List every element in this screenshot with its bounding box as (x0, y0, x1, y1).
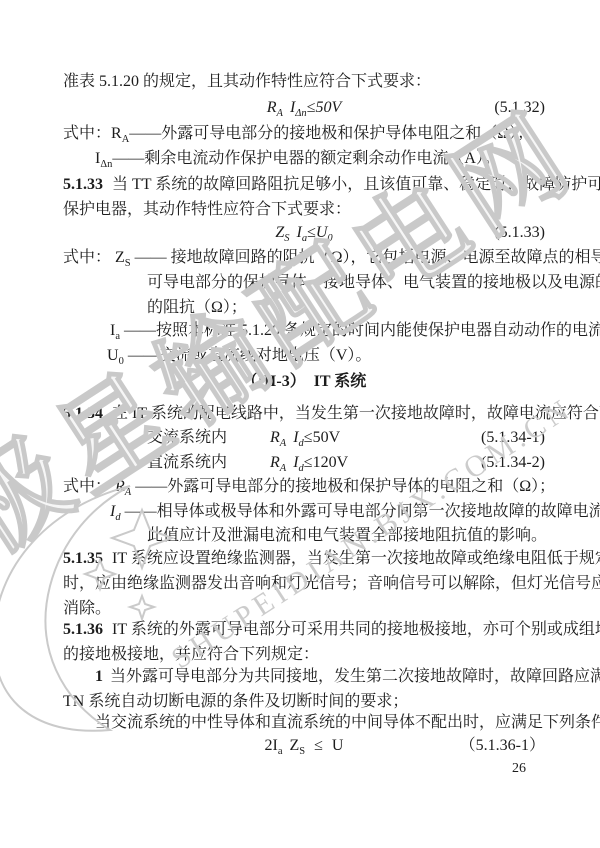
body-text: ——剩余电流动作保护电器的额定剩余动作电流（A）。 (112, 150, 500, 167)
var: Z (290, 737, 300, 754)
sub: S (299, 746, 305, 757)
body-text: 此值应计及泄漏电流和电气装置全部接地阻抗值的影响。 (147, 527, 547, 544)
definition-line: U0 ——交流或直流线对地电压（V）。 (63, 346, 589, 367)
definition-line: Id ——相导体或极导体和外露可导电部分间第一次接地故障的故障电流（A）， (63, 502, 592, 523)
clause-5-1-33: 5.1.33当 TT 系统的故障回路阻抗足够小，且该值可靠、稳定时，故障防护可采… (63, 175, 545, 196)
sub: Δn (100, 159, 112, 170)
var: R (270, 429, 280, 446)
body-text: ——相导体或极导体和外露可导电部分间第一次接地故障的故障电流（A）， (121, 503, 600, 520)
body-text: 的接地极接地，并应符合下列规定： (63, 646, 319, 663)
var: R (270, 454, 280, 471)
paragraph-line: 当交流系统的中性导体和直流系统的中间导体不配出时，应满足下列条件： (63, 713, 577, 734)
list-item-1: 1当外露可导电部分为共同接地，发生第二次接地故障时，故障回路应满足本标准 (63, 667, 577, 688)
heading-text: （III-3） IT 系统 (242, 373, 367, 390)
clause-number: 5.1.35 (63, 550, 103, 567)
sub: S (284, 233, 289, 244)
sub: a (278, 746, 283, 757)
value: 120V (313, 454, 349, 471)
relation: ≤ (307, 224, 316, 241)
value: 50V (313, 429, 341, 446)
definition-line: 式中： ZS —— 接地故障回路的阻抗（Ω），它包括电源、电源至故障点的相导体、… (63, 248, 545, 269)
body-text: 式中： Z (63, 249, 125, 266)
formula-body: ZSIa≤U0 (63, 223, 545, 244)
relation: ≤ (304, 429, 313, 446)
body-text: ——外露可导电部分的接地极和保护导体电阻之和（Ω）； (129, 125, 533, 142)
clause-number: 5.1.33 (63, 176, 103, 193)
body-text: ——外露可导电部分的接地极和保护导体的电阻之和（Ω）； (131, 478, 555, 495)
clause-5-1-36: 5.1.36IT 系统的外露可导电部分可采用共同的接地极接地，亦可个别或成组地采… (63, 620, 545, 641)
sub: A (280, 438, 286, 449)
body-text: 当 TT 系统的故障回路阻抗足够小，且该值可靠、稳定时，故障防护可采用过电流 (112, 176, 600, 193)
section-heading-it-system: （III-3） IT 系统 (63, 372, 545, 393)
item-number: 1 (95, 668, 103, 685)
body-text: 式中： (63, 478, 115, 495)
body-text: IT 系统的外露可导电部分可采用共同的接地极接地，亦可个别或成组地采用单独 (112, 621, 600, 638)
paragraph-line: 准表 5.1.20 的规定，且其动作特性应符合下式要求： (63, 72, 545, 93)
body-text: 准表 5.1.20 的规定，且其动作特性应符合下式要求： (63, 73, 431, 90)
body-text: 时，应由绝缘监测器发出音响和灯光信号；音响信号可以解除，但灯光信号应持续到故障 (63, 575, 600, 592)
clause-number: 5.1.34 (63, 405, 103, 422)
clause-5-1-34: 5.1.34在 IT 系统的配电线路中，当发生第一次接地故障时，故障电流应符合下… (63, 404, 545, 425)
body-text: ——交流或直流线对地电压（V）。 (124, 347, 372, 364)
paragraph-line: 可导电部分的保护导体、接地导体、电气装置的接地极以及电源的接地极 (63, 273, 600, 294)
paragraph-line: 此值应计及泄漏电流和电气装置全部接地阻抗值的影响。 (63, 526, 600, 547)
paragraph-line: 的阻抗（Ω）； (63, 298, 600, 319)
formula-label: 交流系统内 (147, 428, 227, 449)
var: R (115, 478, 125, 495)
body-text: 保护电器，其动作特性应符合下式要求： (63, 201, 351, 218)
sub: 0 (327, 233, 332, 244)
clause-number: 5.1.36 (63, 621, 103, 638)
paragraph-line: TN 系统自动切断电源的条件及切断时间的要求； (63, 692, 545, 713)
formula-label: 直流系统内 (147, 453, 227, 474)
var: R (267, 99, 277, 116)
body-text: 在 IT 系统的配电线路中，当发生第一次接地故障时，故障电流应符合下式的要求： (112, 405, 600, 422)
var: Z (275, 224, 284, 241)
document-page: 北极星输配电网 SHUPEIDIAN.BJX.COM.CN 准表 5.1.20 … (0, 0, 600, 848)
sub: A (280, 463, 286, 474)
body-text: —— 接地故障回路的阻抗（Ω），它包括电源、电源至故障点的相导体、外露 (131, 249, 600, 266)
definition-line: Ia ——按照本标准 5.1.20 条规定的时间内能使保护电器自动动作的电流（A… (63, 321, 592, 342)
paragraph-line: 时，应由绝缘监测器发出音响和灯光信号；音响信号可以解除，但灯光信号应持续到故障 (63, 574, 545, 595)
equation-number: (5.1.33) (494, 223, 545, 244)
relation: ≤ (304, 454, 313, 471)
equation-number: (5.1.34-2) (481, 453, 545, 474)
paragraph-line: 的接地极接地，并应符合下列规定： (63, 645, 545, 666)
body-text: 式中：R (63, 125, 122, 142)
body-text: 消除。 (63, 600, 111, 617)
equation-number: (5.1.34-1) (481, 428, 545, 449)
body-text: 的阻抗（Ω）； (147, 299, 247, 316)
body-text: ——按照本标准 5.1.20 条规定的时间内能使保护电器自动动作的电流（A）； (120, 322, 600, 339)
body-text: 当外露可导电部分为共同接地，发生第二次接地故障时，故障回路应满足本标准 (110, 668, 600, 685)
var: 2I (265, 737, 278, 754)
equation-number: （5.1.36-1） (460, 736, 545, 757)
sub: A (277, 108, 283, 119)
clause-5-1-35: 5.1.35IT 系统应设置绝缘监测器，当发生第一次接地故障或绝缘电阻低于规定的… (63, 549, 545, 570)
definition-line: IΔn——剩余电流动作保护电器的额定剩余动作电流（A）。 (63, 149, 577, 170)
sub: Δn (295, 108, 306, 119)
body-text: U (107, 347, 119, 364)
page-number: 26 (512, 761, 526, 777)
body-text: 当交流系统的中性导体和直流系统的中间导体不配出时，应满足下列条件： (95, 714, 600, 731)
var: U (316, 224, 328, 241)
paragraph-line: 保护电器，其动作特性应符合下式要求： (63, 200, 545, 221)
body-text: 可导电部分的保护导体、接地导体、电气装置的接地极以及电源的接地极 (147, 274, 600, 291)
relation: ≤ (314, 737, 323, 754)
formula-body: RAId≤120V (270, 453, 348, 474)
value: U (332, 737, 344, 754)
body-text: IT 系统应设置绝缘监测器，当发生第一次接地故障或绝缘电阻低于规定的整定值 (112, 550, 600, 567)
formula-body: RAIΔn≤50V (63, 98, 545, 119)
equation-number: (5.1.32) (494, 98, 545, 119)
body-text: TN 系统自动切断电源的条件及切断时间的要求； (63, 693, 408, 710)
definition-line: 式中：RA——外露可导电部分的接地极和保护导体电阻之和（Ω）； (63, 124, 545, 145)
value: 50V (315, 99, 341, 116)
paragraph-line: 消除。 (63, 599, 545, 620)
formula-body: RAId≤50V (270, 428, 340, 449)
definition-line: 式中： RA ——外露可导电部分的接地极和保护导体的电阻之和（Ω）； (63, 477, 545, 498)
